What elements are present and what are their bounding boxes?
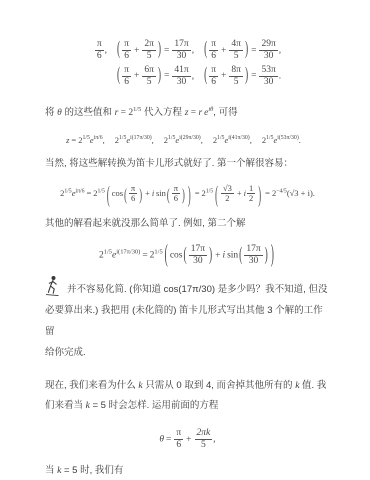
- fraction: π6: [174, 428, 183, 451]
- fraction-denominator: 6: [174, 440, 183, 451]
- equals-sign: =: [164, 71, 169, 81]
- fraction-denominator: 5: [142, 77, 156, 88]
- left-paren: (: [165, 242, 168, 269]
- fraction-denominator: 6: [209, 51, 218, 62]
- fraction: 2πk5: [195, 428, 213, 451]
- sine-function: sin: [156, 188, 166, 198]
- text-run: 当: [45, 465, 57, 476]
- page-content: π6, (π6+2π5)=17π30, (π6+4π5)=29π30, (π6+…: [0, 0, 370, 480]
- fraction-denominator: 6: [122, 51, 131, 62]
- plus-operator: +: [186, 435, 191, 445]
- fraction: 41π30: [172, 65, 190, 88]
- cosine-function: cos: [112, 188, 123, 198]
- euler-exponent: i(41π/30): [228, 135, 250, 141]
- right-paren: ): [139, 184, 142, 204]
- fraction-numerator: 53π: [259, 65, 277, 77]
- plus-operator: +: [221, 46, 226, 56]
- root-term-4: 21/5ei(41π/30),: [213, 135, 252, 145]
- left-paren: (: [167, 184, 170, 204]
- text-run: 代入方程: [141, 107, 184, 118]
- paragraph-line: 并不容易化简. (你知道 cos(17π/30) 是多少吗？我不知道, 但没: [45, 275, 330, 300]
- left-paren: (: [117, 66, 120, 86]
- separator: ,: [152, 135, 154, 145]
- euler-exponent: i(53π/30): [277, 135, 299, 141]
- fraction-numerator: 29π: [259, 39, 277, 51]
- paragraph-line: 现在, 我们来看为什么 k 只需从 0 取到 4, 而舍掉其他所有的 k 值. …: [45, 376, 330, 396]
- separator: .: [299, 135, 301, 145]
- fraction: 2π5: [142, 39, 156, 62]
- right-paren: ): [265, 246, 268, 266]
- text-run: = 5 时, 我们有: [61, 465, 123, 476]
- fraction: 17π30: [189, 244, 207, 267]
- equals-sign: =: [142, 251, 147, 261]
- euler-exponent: iπ/6: [94, 135, 103, 141]
- fraction: π6: [95, 39, 104, 62]
- left-paren: (: [204, 40, 207, 60]
- cosine-function: cos: [170, 251, 183, 261]
- fraction-denominator: 6: [129, 194, 137, 204]
- left-paren: (: [184, 246, 187, 266]
- fraction-denominator: 5: [229, 77, 243, 88]
- separator: ,: [192, 46, 194, 56]
- fraction-numerator: 8π: [229, 65, 243, 77]
- fraction-denominator: 30: [259, 51, 277, 62]
- text-run: 将: [45, 107, 57, 118]
- angle-term-3: (π6+6π5)=41π30,: [116, 65, 194, 88]
- plus-operator: +: [134, 71, 139, 81]
- equals-sign: =: [251, 46, 256, 56]
- fraction: π6: [129, 184, 137, 205]
- fraction-denominator: 30: [244, 256, 262, 267]
- fraction: π6: [122, 39, 131, 62]
- plus-operator: +: [145, 188, 150, 198]
- text-run: 并不容易化简. (你知道 cos(17π/30) 是多少吗？我不知道, 但没: [67, 284, 327, 295]
- right-paren: ): [258, 180, 261, 207]
- text-run: 值. 我: [299, 380, 326, 391]
- fraction-denominator: 30: [189, 256, 207, 267]
- fraction-numerator: π: [174, 428, 183, 440]
- math-exponent: 1/5: [64, 188, 71, 194]
- fraction: 4π5: [229, 39, 243, 62]
- paragraph-substitute-values: 将 θ 的这些值和 r = 21/5 代入方程 z = r eiθ, 可得: [45, 103, 330, 123]
- equals-sign: =: [251, 71, 256, 81]
- sine-function: sin: [227, 251, 238, 261]
- fraction-denominator: 5: [195, 440, 213, 451]
- text-run: = 5 时会怎样. 运用前面的方程: [90, 400, 219, 411]
- euler-exponent: iπ/6: [75, 188, 84, 194]
- fraction-numerator: 17π: [189, 244, 207, 256]
- angle-term-4: (π6+8π5)=53π30.: [203, 65, 281, 88]
- separator: .: [279, 71, 281, 81]
- math-display-theta-equation: θ=π6+2πk5,: [45, 428, 330, 451]
- euler-exponent: i(29π/30): [179, 135, 201, 141]
- z-variable: z: [66, 135, 69, 145]
- root-term-2: 21/5ei(17π/30),: [115, 135, 154, 145]
- fraction: 29π30: [259, 39, 277, 62]
- fraction-numerator: π: [122, 39, 131, 51]
- fraction-denominator: 5: [142, 51, 156, 62]
- fraction-numerator: 2πk: [195, 428, 213, 440]
- euler-exponent: i(17π/30): [130, 135, 152, 141]
- separator: ,: [201, 135, 203, 145]
- fraction: √32: [221, 184, 234, 205]
- plus-operator: +: [237, 188, 242, 198]
- equals-sign: =: [265, 188, 270, 198]
- root-term-3: 21/5ei(29π/30),: [164, 135, 203, 145]
- angle-values-grid: π6, (π6+2π5)=17π30, (π6+4π5)=29π30, (π6+…: [85, 36, 290, 91]
- fraction: 8π5: [229, 65, 243, 88]
- result-expression: (√3 + i).: [287, 188, 315, 198]
- equals-sign: =: [166, 435, 171, 445]
- plus-operator: +: [215, 251, 220, 261]
- paragraph-not-easy-to-simplify: 并不容易化简. (你知道 cos(17π/30) 是多少吗？我不知道, 但没 必…: [45, 275, 330, 363]
- fraction-denominator: 2: [247, 194, 255, 204]
- fraction-denominator: 6: [122, 77, 131, 88]
- fraction-numerator: π: [209, 39, 218, 51]
- separator: ,: [279, 46, 281, 56]
- plus-operator: +: [134, 46, 139, 56]
- fraction: 17π30: [172, 39, 190, 62]
- fraction-denominator: 30: [259, 77, 277, 88]
- fraction: π6: [209, 39, 218, 62]
- left-paren: (: [215, 180, 218, 207]
- fraction-numerator: 6π: [142, 65, 156, 77]
- math-exponent: 1/5: [104, 249, 112, 256]
- fraction: 17π30: [244, 244, 262, 267]
- fraction-numerator: π: [122, 65, 131, 77]
- fraction: 6π5: [142, 65, 156, 88]
- paragraph-other-solutions: 其他的解看起来就没那么简单了. 例如, 第二个解: [45, 214, 330, 234]
- fraction-numerator: π: [95, 39, 104, 51]
- right-paren: ): [245, 40, 248, 60]
- fraction-denominator: 6: [209, 77, 218, 88]
- euler-exponent: i(17π/30): [116, 249, 140, 256]
- left-paren: (: [117, 40, 120, 60]
- separator: ,: [105, 46, 107, 56]
- root-term-5: 21/5ei(53π/30).: [262, 135, 301, 145]
- fraction: π6: [209, 65, 218, 88]
- paragraph-line: 们来看当 k = 5 时会怎样. 运用前面的方程: [45, 396, 330, 416]
- plus-operator: +: [221, 71, 226, 81]
- angle-term-1: (π6+2π5)=17π30,: [116, 39, 194, 62]
- text-run: 当然, 将这些解转换为笛卡儿形式就好了. 第一个解很容易：: [45, 158, 293, 169]
- math-display-second-solution: 21/5ei(17π/30)=21/5(cos(17π30)+i sin(17π…: [45, 244, 330, 267]
- left-paren: (: [239, 246, 242, 266]
- fraction-denominator: 30: [172, 77, 190, 88]
- fraction-denominator: 5: [229, 51, 243, 62]
- math-display-z-values: z=21/5eiπ/6,21/5ei(17π/30),21/5ei(29π/30…: [37, 135, 330, 145]
- fraction-denominator: 30: [172, 51, 190, 62]
- right-paren: ): [182, 184, 185, 204]
- right-paren: ): [245, 66, 248, 86]
- theta-variable: θ: [159, 435, 164, 445]
- text-run: 其他的解看起来就没那么简单了. 例如, 第二个解: [45, 218, 246, 229]
- equals-sign: =: [188, 108, 198, 118]
- right-paren: ): [158, 40, 161, 60]
- math-exponent: 1/5: [82, 135, 89, 141]
- separator: ,: [250, 135, 252, 145]
- book-page: π6, (π6+2π5)=17π30, (π6+4π5)=29π30, (π6+…: [0, 0, 370, 480]
- fraction-numerator: 41π: [172, 65, 190, 77]
- math-exponent: 1/5: [154, 249, 162, 256]
- fraction-denominator: 6: [172, 194, 180, 204]
- math-exponent: 1/5: [206, 188, 213, 194]
- math-display-first-solution: 21/5eiπ/6=21/5(cos(π6)+i sin(π6))=21/5(√…: [33, 184, 342, 205]
- paragraph-cartesian-form: 当然, 将这些解转换为笛卡儿形式就好了. 第一个解很容易：: [45, 154, 330, 174]
- text-run: 们来看当: [45, 400, 86, 411]
- fraction-numerator: 17π: [172, 39, 190, 51]
- right-paren: ): [271, 242, 274, 269]
- angle-row-1: π6, (π6+2π5)=17π30, (π6+4π5)=29π30,: [94, 39, 281, 62]
- left-paren: (: [107, 180, 110, 207]
- paragraph-line: 必要算出来.) 我把用 (未化简的) 笛卡儿形式写出其他 3 个解的工作留: [45, 300, 330, 342]
- right-paren: ): [158, 66, 161, 86]
- text-run: 只需从 0 取到 4, 而舍掉其他所有的: [143, 380, 296, 391]
- equals-sign: =: [86, 188, 91, 198]
- imaginary-i: i: [244, 188, 246, 198]
- fraction: 12: [247, 184, 255, 205]
- imaginary-i: i: [152, 188, 154, 198]
- fraction-numerator: 4π: [229, 39, 243, 51]
- separator: ,: [192, 71, 194, 81]
- math-exponent: −4/5: [276, 188, 287, 194]
- math-display-angle-values: π6, (π6+2π5)=17π30, (π6+4π5)=29π30, (π6+…: [45, 36, 330, 91]
- math-exponent: 1/5: [98, 188, 105, 194]
- root-term-1: 21/5eiπ/6,: [78, 135, 105, 145]
- angle-term-2: (π6+4π5)=29π30,: [203, 39, 281, 62]
- fraction: 53π30: [259, 65, 277, 88]
- separator: ,: [103, 135, 105, 145]
- separator: ,: [213, 435, 215, 445]
- text-run: , 可得: [213, 107, 237, 118]
- equals-sign: =: [118, 108, 128, 118]
- skier-icon: [45, 275, 60, 297]
- imaginary-i: i: [223, 251, 226, 261]
- fraction-numerator: π: [209, 65, 218, 77]
- equals-sign: =: [164, 46, 169, 56]
- angle-row-2: (π6+6π5)=41π30, (π6+8π5)=53π30.: [94, 65, 281, 88]
- fraction-denominator: 2: [221, 194, 234, 204]
- paragraph-why-k-range: 现在, 我们来看为什么 k 只需从 0 取到 4, 而舍掉其他所有的 k 值. …: [45, 376, 330, 416]
- fraction: π6: [122, 65, 131, 88]
- paragraph-when-k-equals-5: 当 k = 5 时, 我们有: [45, 461, 330, 480]
- right-paren: ): [209, 246, 212, 266]
- text-run: 现在, 我们来看为什么: [45, 380, 138, 391]
- right-paren: ): [188, 180, 191, 207]
- left-paren: (: [204, 66, 207, 86]
- text-run: 的这些值和: [62, 107, 115, 118]
- angle-row2-spacer: [94, 65, 107, 88]
- paragraph-line: 给你完成.: [45, 342, 330, 363]
- fraction-denominator: 6: [95, 51, 104, 62]
- equals-sign: =: [71, 135, 76, 145]
- fraction-numerator: 17π: [244, 244, 262, 256]
- r-variable: r: [199, 108, 203, 118]
- fraction: π6: [172, 184, 180, 205]
- fraction-numerator: 2π: [142, 39, 156, 51]
- equals-sign: =: [195, 188, 200, 198]
- angle-term-0: π6,: [94, 39, 107, 62]
- left-paren: (: [124, 184, 127, 204]
